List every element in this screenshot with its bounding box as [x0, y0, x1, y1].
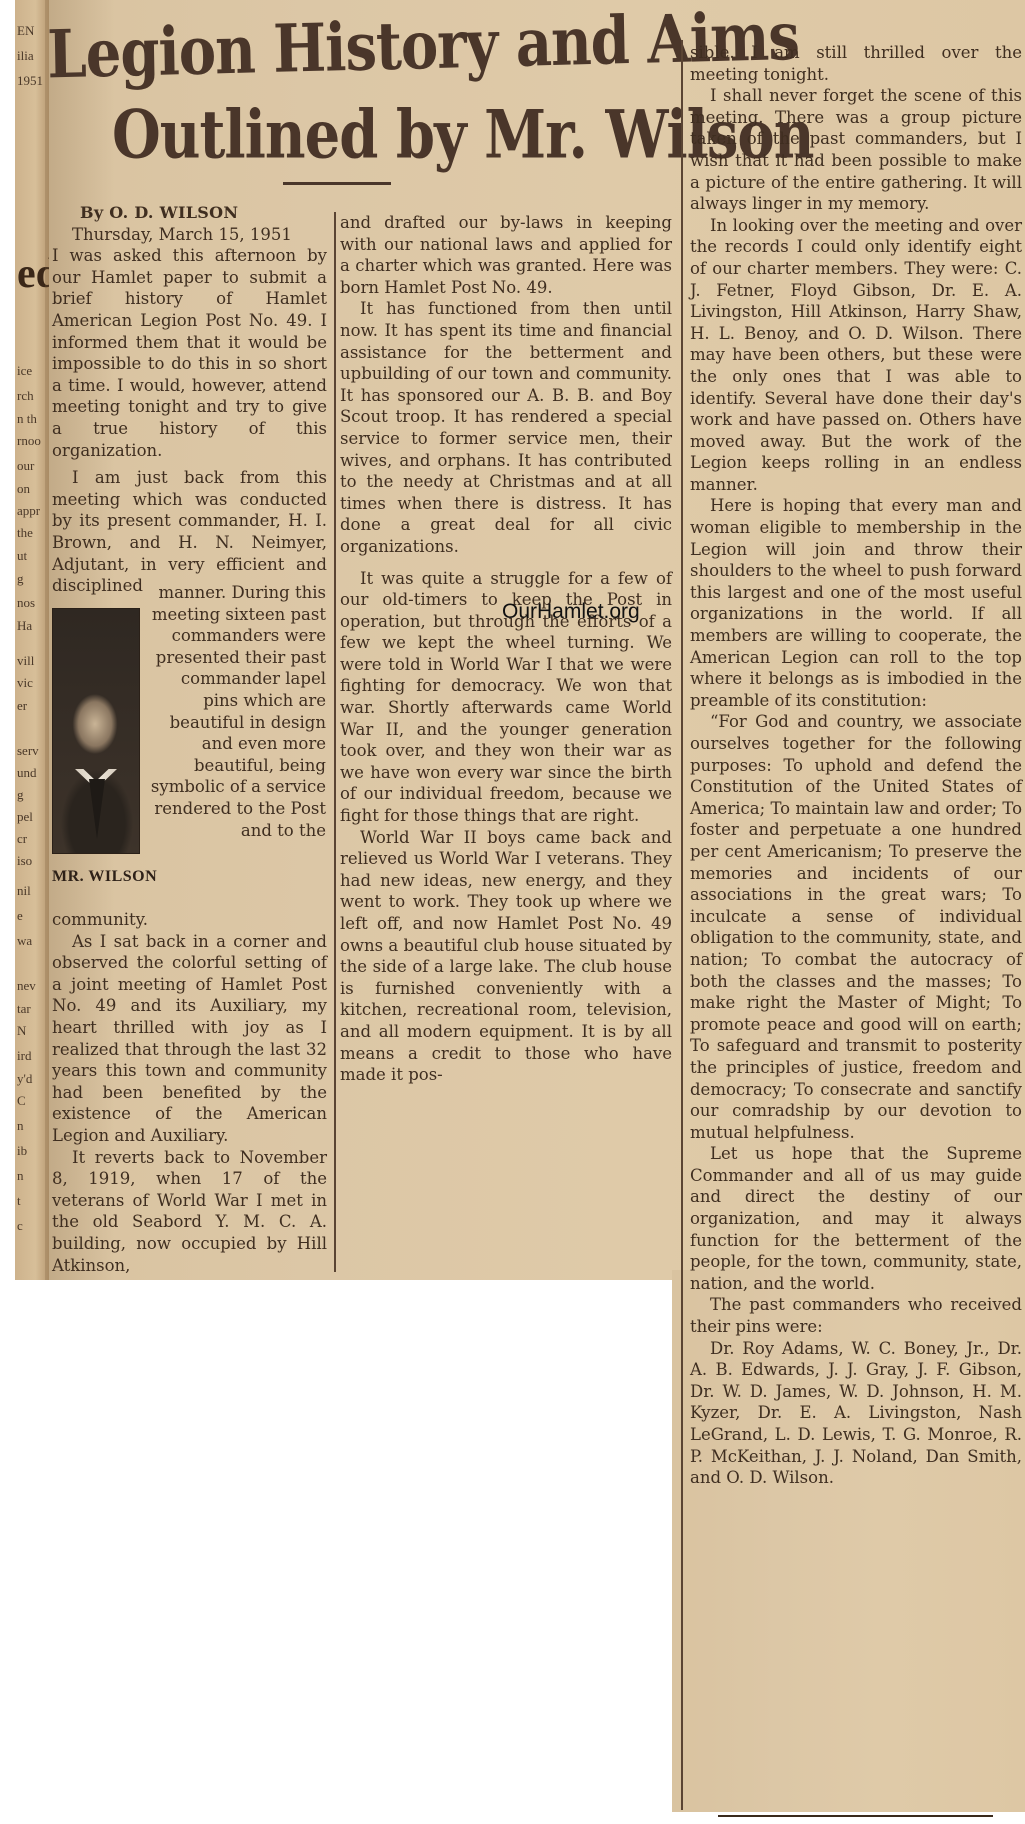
gutter-text-fragment: rnoo	[17, 430, 47, 451]
gutter-text-fragment: n th	[17, 408, 47, 429]
gutter-text-fragment: Ha	[17, 615, 47, 636]
headline-rule	[283, 182, 391, 185]
gutter-text-fragment: g	[17, 568, 47, 589]
paragraph: As I sat back in a corner and observed t…	[52, 931, 327, 1147]
dateline: Thursday, March 15, 1951	[52, 224, 327, 246]
photo-caption: MR. WILSON	[52, 868, 157, 886]
preamble-quote: “For God and country, we associate ourse…	[690, 711, 1022, 1143]
author-portrait-photo	[52, 608, 140, 854]
gutter-text-fragment: ut	[17, 545, 47, 566]
article-column-2: and drafted our by-laws in keeping with …	[340, 212, 672, 1086]
gutter-text-fragment: 1951	[17, 70, 47, 91]
gutter-fragment-large: ed	[17, 250, 49, 298]
gutter-text-fragment: ird	[17, 1045, 47, 1066]
gutter-text-fragment: y'd	[17, 1068, 47, 1089]
gutter-text-fragment: e	[17, 905, 47, 926]
gutter-text-fragment: ib	[17, 1140, 47, 1161]
gutter-text-fragment: rch	[17, 385, 47, 406]
byline: By O. D. WILSON	[80, 202, 327, 224]
paragraph: I was asked this afternoon by our Hamlet…	[52, 245, 327, 461]
gutter-text-fragment: pel	[17, 806, 47, 827]
paragraph: Here is hoping that every man and woman …	[690, 495, 1022, 711]
gutter-text-fragment: ice	[17, 360, 47, 381]
gutter-text-fragment: t	[17, 1190, 47, 1211]
gutter-text-fragment: n	[17, 1115, 47, 1136]
gutter-text-fragment: iso	[17, 850, 47, 871]
gutter-text-fragment: nil	[17, 880, 47, 901]
paragraph-wrap: manner. During this meeting sixteen past…	[146, 582, 326, 841]
paragraph: community.	[52, 909, 327, 931]
column-divider	[681, 40, 683, 1810]
gutter-text-fragment: vill	[17, 650, 47, 671]
gutter-text-fragment: tar	[17, 998, 47, 1019]
gutter-text-fragment: nev	[17, 975, 47, 996]
gutter-text-fragment: the	[17, 522, 47, 543]
column-divider	[334, 212, 336, 1272]
paragraph: The past commanders who received their p…	[690, 1294, 1022, 1337]
gutter-text-fragment: nos	[17, 592, 47, 613]
gutter-text-fragment: c	[17, 1215, 47, 1236]
paragraph: World War II boys came back and relieved…	[340, 827, 672, 1086]
paragraph: I shall never forget the scene of this m…	[690, 85, 1022, 215]
article-column-1-lower: community. As I sat back in a corner and…	[52, 909, 327, 1276]
gutter-text-fragment: EN	[17, 20, 47, 41]
adjacent-page-gutter: ed ENilia1951icerchn thrnooouronapprtheu…	[15, 0, 49, 1280]
gutter-text-fragment: und	[17, 762, 47, 783]
paragraph: In looking over the meeting and over the…	[690, 215, 1022, 496]
gutter-text-fragment: appr	[17, 500, 47, 521]
gutter-text-fragment: ilia	[17, 45, 47, 66]
paragraph: It reverts back to November 8, 1919, whe…	[52, 1147, 327, 1277]
paragraph: It has functioned from then until now. I…	[340, 298, 672, 557]
paragraph: Let us hope that the Supreme Commander a…	[690, 1143, 1022, 1294]
article-end-rule	[718, 1815, 993, 1817]
paragraph: and drafted our by-laws in keeping with …	[340, 212, 672, 298]
gutter-text-fragment: vic	[17, 672, 47, 693]
past-commanders-list: Dr. Roy Adams, W. C. Boney, Jr., Dr. A. …	[690, 1338, 1022, 1489]
gutter-text-fragment: C	[17, 1090, 47, 1111]
article-column-1: By O. D. WILSON Thursday, March 15, 1951…	[52, 202, 327, 597]
article-column-1-wrap: manner. During this meeting sixteen past…	[146, 582, 326, 841]
paragraph: I am just back from this meeting which w…	[52, 467, 327, 597]
paragraph: sible. I am still thrilled over the meet…	[690, 42, 1022, 85]
gutter-text-fragment: er	[17, 695, 47, 716]
gutter-text-fragment: wa	[17, 930, 47, 951]
watermark: OurHamlet.org	[502, 600, 640, 624]
gutter-text-fragment: on	[17, 478, 47, 499]
article-column-3: sible. I am still thrilled over the meet…	[690, 42, 1022, 1489]
gutter-text-fragment: our	[17, 455, 47, 476]
gutter-text-fragment: N	[17, 1020, 47, 1041]
gutter-text-fragment: g	[17, 784, 47, 805]
gutter-text-fragment: serv	[17, 740, 47, 761]
gutter-text-fragment: cr	[17, 828, 47, 849]
gutter-text-fragment: n	[17, 1165, 47, 1186]
portrait-tie	[89, 779, 105, 839]
